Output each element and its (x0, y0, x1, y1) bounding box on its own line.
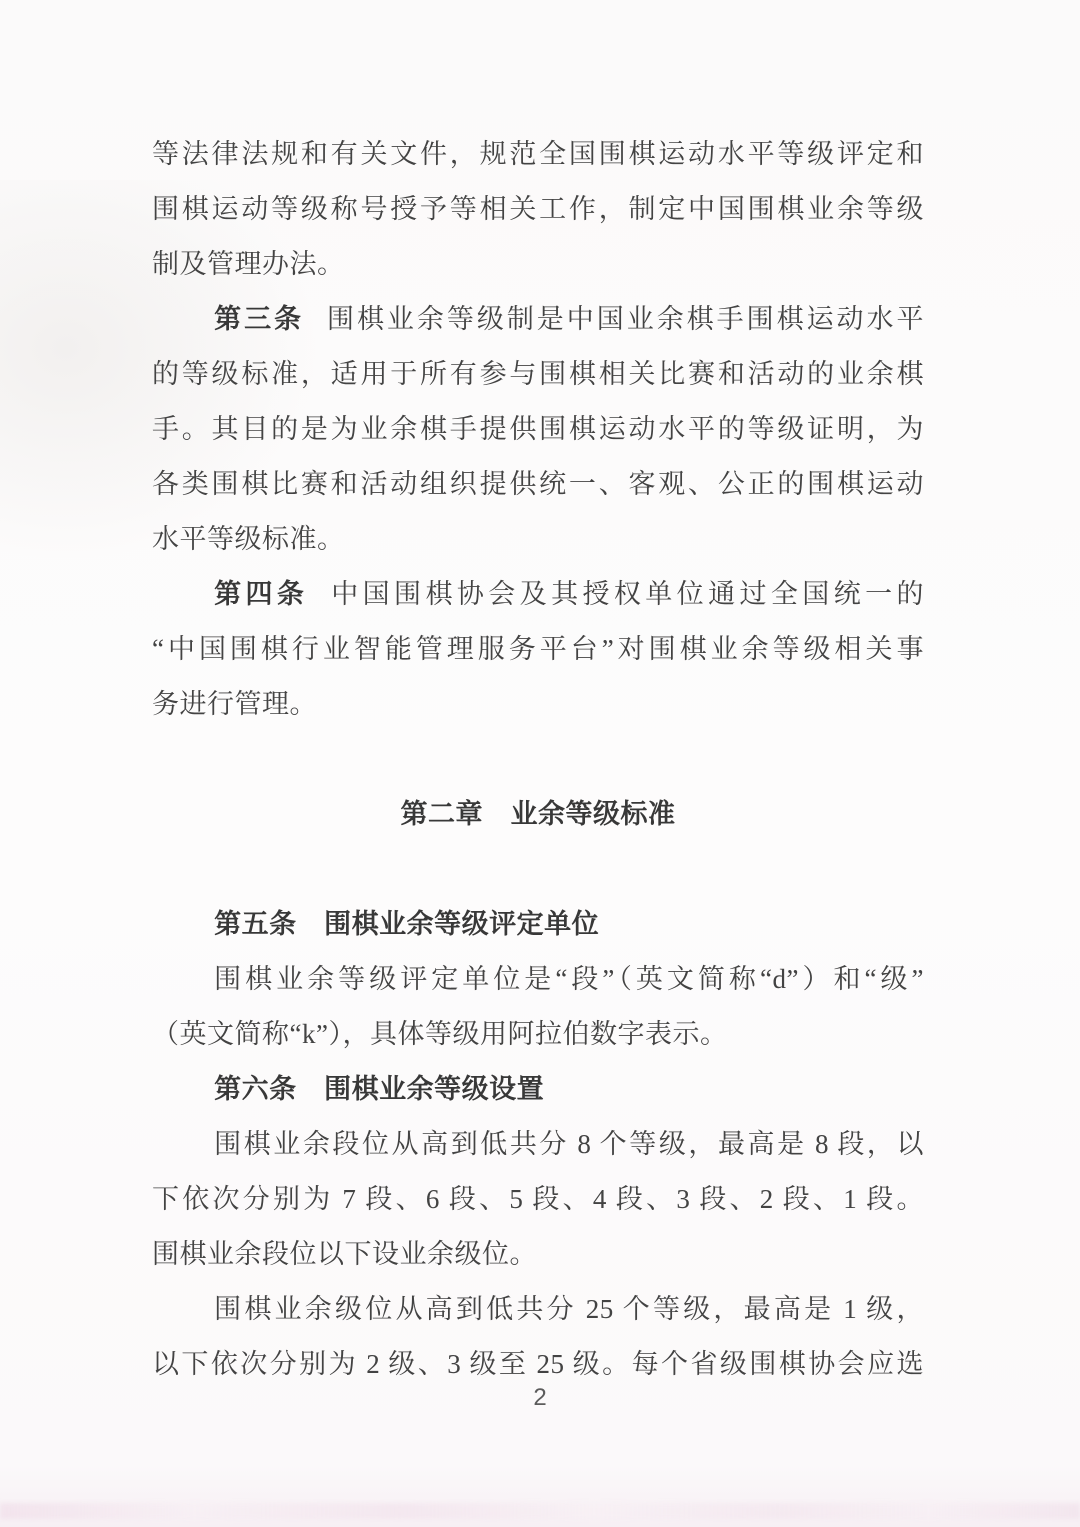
document-line: 务进行管理。 (152, 677, 924, 732)
document-line: 围棋业余等级评定单位是“段”（英文简称“d”）和“级” (152, 952, 924, 1007)
document-line: （英文简称“k”），具体等级用阿拉伯数字表示。 (152, 1007, 924, 1062)
article-3-line: 第三条围棋业余等级制是中国业余棋手围棋运动水平 (152, 292, 924, 347)
blank-line (152, 732, 924, 787)
chapter-heading: 第二章 业余等级标准 (152, 787, 924, 842)
article-4-line: 第四条中国围棋协会及其授权单位通过全国统一的 (152, 567, 924, 622)
blank-line (152, 842, 924, 897)
document-line: 围棋运动等级称号授予等相关工作，制定中国围棋业余等级 (152, 182, 924, 237)
document-line: 各类围棋比赛和活动组织提供统一、客观、公正的围棋运动 (152, 457, 924, 512)
article-6-heading: 第六条 围棋业余等级设置 (152, 1062, 924, 1117)
document-line: 下依次分别为 7 段、6 段、5 段、4 段、3 段、2 段、1 段。 (152, 1172, 924, 1227)
document-line: 制及管理办法。 (152, 237, 924, 292)
document-line: “中国围棋行业智能管理服务平台”对围棋业余等级相关事 (152, 622, 924, 677)
document-body: 等法律法规和有关文件，规范全国围棋运动水平等级评定和围棋运动等级称号授予等相关工… (152, 127, 924, 1392)
document-line: 的等级标准，适用于所有参与围棋相关比赛和活动的业余棋 (152, 347, 924, 402)
document-line: 围棋业余段位以下设业余级位。 (152, 1227, 924, 1282)
document-line: 手。其目的是为业余棋手提供围棋运动水平的等级证明，为 (152, 402, 924, 457)
scan-edge-artifact (0, 1503, 1080, 1519)
line-text: 围棋业余等级制是中国业余棋手围棋运动水平 (327, 304, 924, 334)
article-5-heading: 第五条 围棋业余等级评定单位 (152, 897, 924, 952)
line-text: 中国围棋协会及其授权单位通过全国统一的 (331, 579, 924, 609)
document-line: 围棋业余段位从高到低共分 8 个等级，最高是 8 段，以 (152, 1117, 924, 1172)
document-line: 围棋业余级位从高到低共分 25 个等级，最高是 1 级， (152, 1282, 924, 1337)
document-line: 水平等级标准。 (152, 512, 924, 567)
page-number: 2 (0, 1380, 1080, 1416)
document-line: 等法律法规和有关文件，规范全国围棋运动水平等级评定和 (152, 127, 924, 182)
article-number: 第四条 (214, 579, 308, 609)
scanned-document-page: 等法律法规和有关文件，规范全国围棋运动水平等级评定和围棋运动等级称号授予等相关工… (0, 0, 1080, 1527)
article-number: 第三条 (214, 304, 304, 334)
